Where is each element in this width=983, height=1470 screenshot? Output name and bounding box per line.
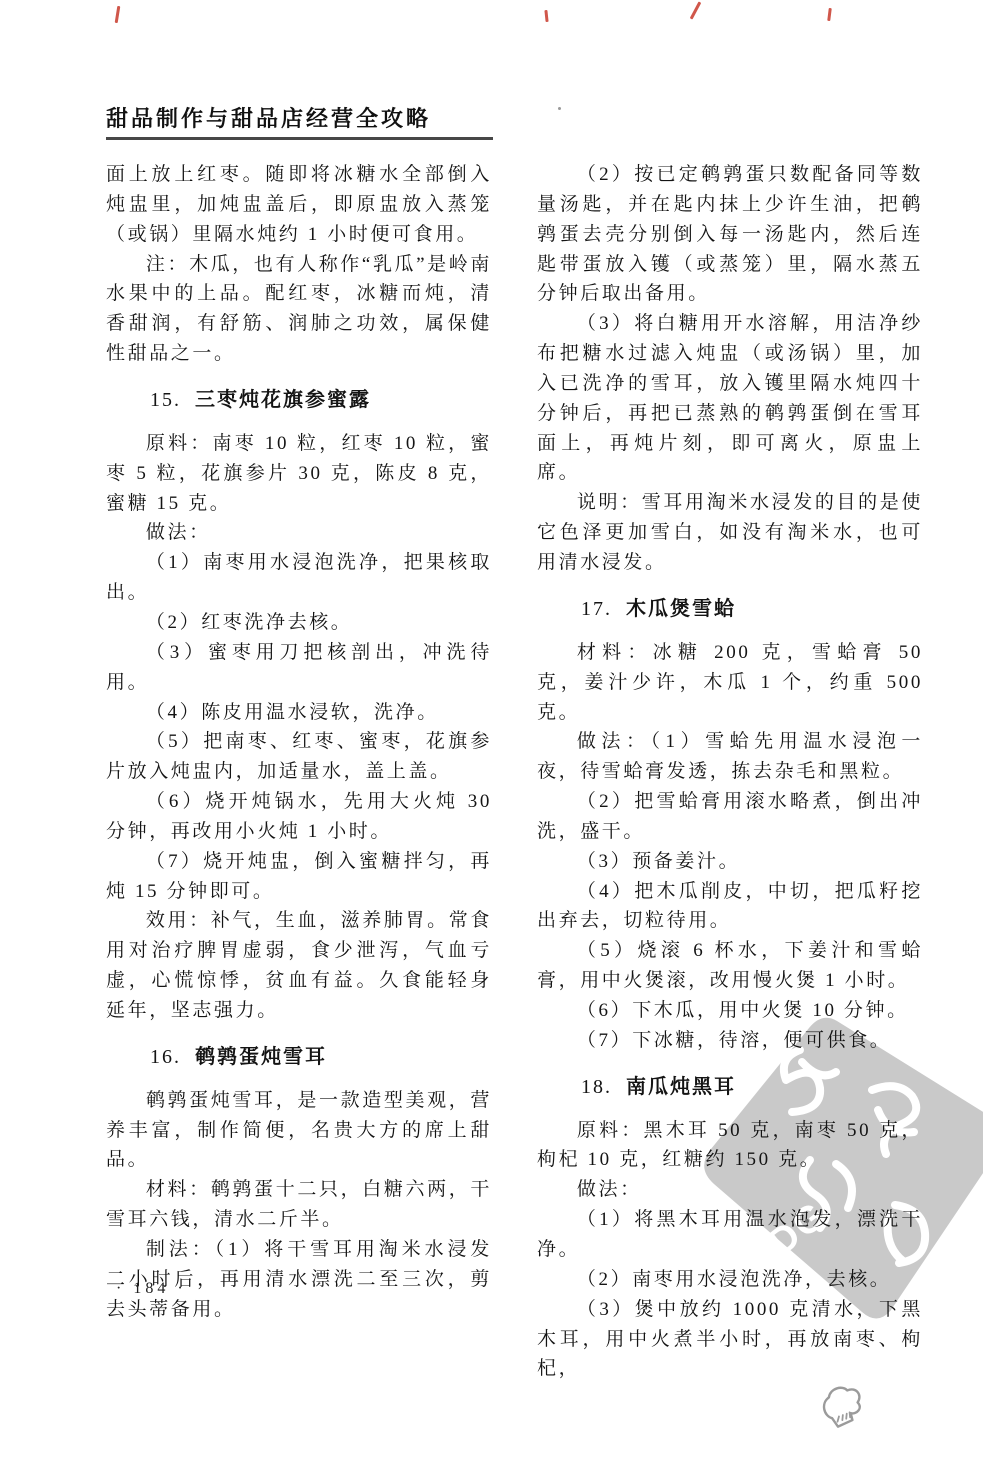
- paragraph: （3）蜜枣用刀把核剖出，冲洗待用。: [106, 638, 492, 698]
- paragraph: （3）预备姜汁。: [537, 847, 923, 877]
- paragraph: （4）陈皮用温水浸软，洗净。: [106, 698, 492, 728]
- paragraph: 材料：冰糖 200 克，雪蛤膏 50 克，姜汁少许，木瓜 1 个，约重 500 …: [537, 638, 923, 728]
- red-pen-mark: [827, 8, 832, 21]
- section-heading: 17.木瓜煲雪蛤: [537, 594, 923, 624]
- section-title: 南瓜炖黑耳: [626, 1076, 736, 1098]
- scanned-book-page: 甜品制作与甜品店经营全攻略 PDG 面上放上红枣。随即将冰糖水全部倒入炖盅里，加…: [0, 0, 983, 1470]
- section-number: 15.: [150, 389, 181, 411]
- red-pen-mark: [690, 1, 702, 19]
- paragraph: （1）南枣用水浸泡洗净，把果核取出。: [106, 548, 492, 608]
- ink-speck: [558, 107, 561, 110]
- paragraph: 做法：: [537, 1175, 923, 1205]
- paragraph: （2）红枣洗净去核。: [106, 608, 492, 638]
- paragraph: （6）下木瓜，用中火煲 10 分钟。: [537, 996, 923, 1026]
- paragraph: （2）把雪蛤膏用滚水略煮，倒出冲洗，盛干。: [537, 787, 923, 847]
- paragraph: 原料：黑木耳 50 克，南枣 50 克，枸杞 10 克，红糖约 150 克。: [537, 1116, 923, 1176]
- paragraph: （7）下冰糖，待溶，便可供食。: [537, 1026, 923, 1056]
- paragraph: 做法：（1）雪蛤先用温水浸泡一夜，待雪蛤膏发透，拣去杂毛和黑粒。: [537, 727, 923, 787]
- paragraph: 材料：鹌鹑蛋十二只，白糖六两，干雪耳六钱，清水二斤半。: [106, 1175, 492, 1235]
- paragraph: （6）烧开炖锅水，先用大火炖 30 分钟，再改用小火炖 1 小时。: [106, 787, 492, 847]
- paragraph: （2）南枣用水浸泡洗净，去核。: [537, 1265, 923, 1295]
- ink-speck: [805, 1219, 809, 1223]
- paragraph: （5）把南枣、红枣、蜜枣，花旗参片放入炖盅内，加适量水，盖上盖。: [106, 727, 492, 787]
- paragraph: （3）将白糖用开水溶解，用洁净纱布把糖水过滤入炖盅（或汤锅）里，加入已洗净的雪耳…: [537, 309, 923, 488]
- paragraph: （1）将黑木耳用温水泡发，漂洗干净。: [537, 1205, 923, 1265]
- paragraph: 做法：: [106, 518, 492, 548]
- section-title: 木瓜煲雪蛤: [626, 598, 736, 620]
- paragraph: 效用：补气，生血，滋养肺胃。常食用对治疗脾胃虚弱，食少泄泻，气血亏虚，心慌惊悸，…: [106, 906, 492, 1025]
- section-heading: 15.三枣炖花旗参蜜露: [106, 385, 492, 415]
- section-heading: 16.鹌鹑蛋炖雪耳: [106, 1042, 492, 1072]
- paragraph: 注：木瓜，也有人称作“乳瓜”是岭南水果中的上品。配红枣，冰糖而炖，清香甜润，有舒…: [106, 250, 492, 369]
- section-number: 17.: [581, 598, 612, 620]
- paragraph: 说明：雪耳用淘米水浸发的目的是使它色泽更加雪白，如没有淘米水，也可用清水浸发。: [537, 488, 923, 578]
- column-right: （2）按已定鹌鹑蛋只数配备同等数量汤匙，并在匙内抹上少许生油，把鹌鹑蛋去壳分别倒…: [537, 160, 923, 1384]
- paragraph: （4）把木瓜削皮，中切，把瓜籽挖出弃去，切粒待用。: [537, 877, 923, 937]
- paragraph: 鹌鹑蛋炖雪耳，是一款造型美观，营养丰富，制作简便，名贵大方的席上甜品。: [106, 1086, 492, 1176]
- page-number: · 184 ·: [116, 1280, 187, 1298]
- section-number: 16.: [150, 1046, 181, 1068]
- header-rule: [106, 137, 493, 140]
- section-title: 三枣炖花旗参蜜露: [195, 389, 371, 411]
- section-number: 18.: [581, 1076, 612, 1098]
- paragraph: （3）煲中放约 1000 克清水，下黑木耳，用中火煮半小时，再放南枣、枸杞，: [537, 1295, 923, 1385]
- section-title: 鹌鹑蛋炖雪耳: [195, 1046, 327, 1068]
- red-pen-mark: [115, 6, 121, 23]
- paragraph: （2）按已定鹌鹑蛋只数配备同等数量汤匙，并在匙内抹上少许生油，把鹌鹑蛋去壳分别倒…: [537, 160, 923, 309]
- running-head-title: 甜品制作与甜品店经营全攻略: [106, 102, 431, 133]
- red-pen-mark: [544, 10, 548, 22]
- paragraph: （5）烧滚 6 杯水，下姜汁和雪蛤膏，用中火煲滚，改用慢火煲 1 小时。: [537, 936, 923, 996]
- section-heading: 18.南瓜炖黑耳: [537, 1072, 923, 1102]
- paragraph: 原料：南枣 10 粒，红枣 10 粒，蜜枣 5 粒，花旗参片 30 克，陈皮 8…: [106, 429, 492, 519]
- paragraph: 面上放上红枣。随即将冰糖水全部倒入炖盅里，加炖盅盖后，即原盅放入蒸笼（或锅）里隔…: [106, 160, 492, 250]
- paragraph: （7）烧开炖盅，倒入蜜糖拌匀，再炖 15 分钟即可。: [106, 847, 492, 907]
- chef-hat-icon: [818, 1380, 869, 1435]
- column-left: 面上放上红枣。随即将冰糖水全部倒入炖盅里，加炖盅盖后，即原盅放入蒸笼（或锅）里隔…: [106, 160, 492, 1325]
